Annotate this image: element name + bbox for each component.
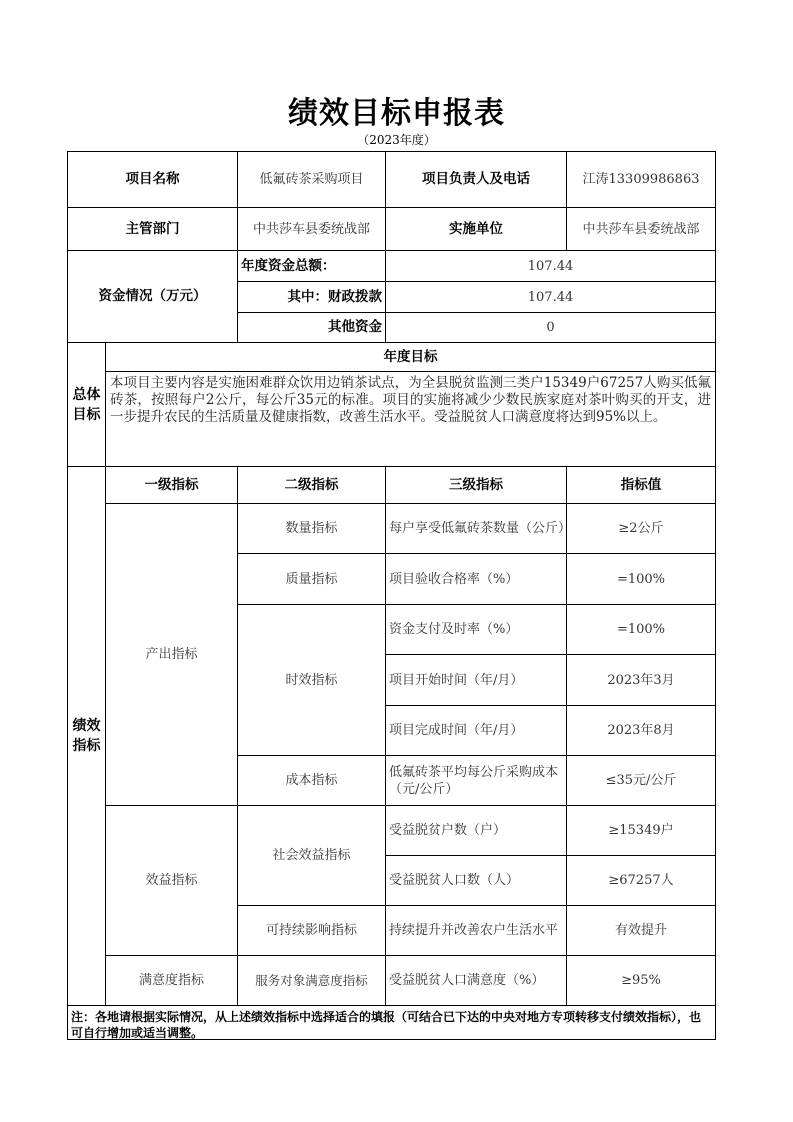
funds-fiscal-value: 107.44: [385, 281, 716, 313]
col-header-level3: 三级指标: [385, 466, 567, 504]
level3-item: 每户享受低氟砖茶数量（公斤）: [385, 503, 567, 554]
owner-value: 江涛13309986863: [566, 151, 716, 208]
indicator-value: ≤35元/公斤: [566, 755, 716, 806]
impl-label: 实施单位: [385, 207, 567, 251]
level2-service-satisfaction: 服务对象满意度指标: [237, 955, 386, 1006]
funds-total-label: 年度资金总额：: [237, 250, 386, 282]
indicator-value: =100%: [566, 604, 716, 655]
owner-label: 项目负责人及电话: [385, 151, 567, 208]
level3-item: 项目验收合格率（%）: [385, 553, 567, 605]
funds-total-value: 107.44: [385, 250, 716, 282]
overall-goal-label: 总体目标: [67, 342, 106, 467]
level2-sustainability: 可持续影响指标: [237, 905, 386, 956]
project-name-label: 项目名称: [67, 151, 238, 208]
level3-item: 资金支付及时率（%）: [385, 604, 567, 655]
page-title: 绩效目标申报表: [0, 88, 793, 132]
level2-timeliness: 时效指标: [237, 604, 386, 756]
level1-output: 产出指标: [105, 503, 238, 806]
level3-item: 受益脱贫户数（户）: [385, 805, 567, 856]
level1-benefit: 效益指标: [105, 805, 238, 956]
performance-indicators-label: 绩效指标: [67, 466, 106, 1006]
project-name-value: 低氟砖茶采购项目: [237, 151, 386, 208]
col-header-level1: 一级指标: [105, 466, 238, 504]
level2-social-benefit: 社会效益指标: [237, 805, 386, 906]
level3-item: 低氟砖茶平均每公斤采购成本（元/公斤）: [385, 755, 567, 806]
indicator-value: ≥95%: [566, 955, 716, 1006]
funds-fiscal-label: 其中：财政拨款: [237, 281, 386, 313]
annual-goal-text: 本项目主要内容是实施困难群众饮用边销茶试点，为全县脱贫监测三类户15349户67…: [105, 371, 716, 467]
level3-item: 持续提升并改善农户生活水平: [385, 905, 567, 956]
level2-quality: 质量指标: [237, 553, 386, 605]
level3-item: 项目完成时间（年/月）: [385, 705, 567, 756]
indicator-value: ≥2公斤: [566, 503, 716, 554]
footnote: 注：各地请根据实际情况，从上述绩效指标中选择适合的填报（可结合已下达的中央对地方…: [67, 1005, 716, 1040]
level2-quantity: 数量指标: [237, 503, 386, 554]
level1-satisfaction: 满意度指标: [105, 955, 238, 1006]
indicator-value: 2023年8月: [566, 705, 716, 756]
col-header-level2: 二级指标: [237, 466, 386, 504]
level3-item: 项目开始时间（年/月）: [385, 654, 567, 706]
indicator-value: =100%: [566, 553, 716, 605]
col-header-value: 指标值: [566, 466, 716, 504]
funds-other-value: 0: [385, 312, 716, 343]
funds-label: 资金情况（万元）: [67, 250, 238, 343]
level3-item: 受益脱贫人口数（人）: [385, 855, 567, 906]
indicator-value: 有效提升: [566, 905, 716, 956]
level3-item: 受益脱贫人口满意度（%）: [385, 955, 567, 1006]
indicator-value: ≥15349户: [566, 805, 716, 856]
indicator-value: ≥67257人: [566, 855, 716, 906]
funds-other-label: 其他资金: [237, 312, 386, 343]
year-subtitle: （2023年度）: [0, 131, 793, 148]
dept-value: 中共莎车县委统战部: [237, 207, 386, 251]
impl-value: 中共莎车县委统战部: [566, 207, 716, 251]
level2-cost: 成本指标: [237, 755, 386, 806]
indicator-value: 2023年3月: [566, 654, 716, 706]
annual-goal-header: 年度目标: [105, 342, 716, 372]
dept-label: 主管部门: [67, 207, 238, 251]
